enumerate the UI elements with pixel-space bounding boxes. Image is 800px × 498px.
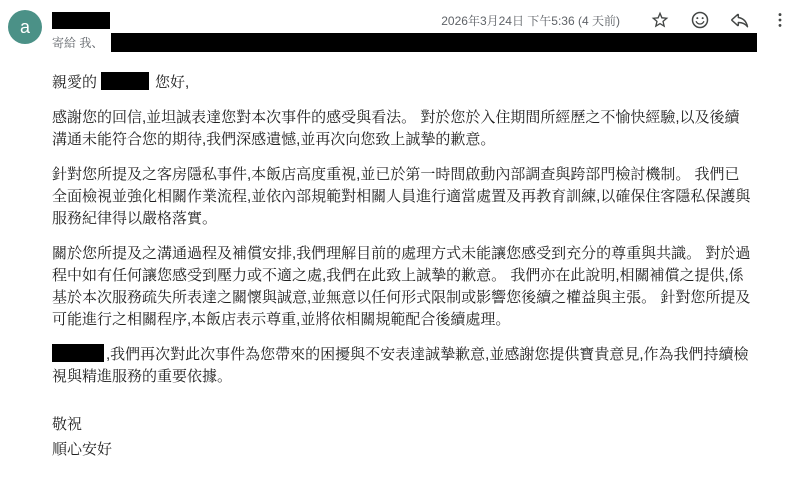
reply-arrow-icon (730, 10, 750, 30)
recipient-name-redaction (101, 72, 149, 90)
body-paragraph: 針對您所提及之客房隱私事件,本飯店高度重視,並已於第一時間啟動內部調查與跨部門檢… (52, 164, 754, 230)
email-view: { "header": { "avatar_letter": "a", "ava… (0, 0, 800, 498)
reply-button[interactable] (728, 8, 752, 32)
body-paragraph: 關於您所提及之溝通過程及補償安排,我們理解目前的處理方式未能讓您感受到充分的尊重… (52, 243, 754, 331)
body-paragraph: 感謝您的回信,並坦誠表達您對本次事件的感受與看法。 對於您於入住期間所經歷之不愉… (52, 107, 754, 151)
vertical-dots-icon (770, 10, 790, 30)
emoji-reaction-button[interactable] (688, 8, 712, 32)
signoff-line-2: 順心安好 (52, 437, 754, 462)
closing-paragraph: ,我們再次對此次事件為您帶來的困擾與不安表達誠摯歉意,並感謝您提供寶貴意見,作為… (52, 344, 754, 388)
header-rows: 2026年3月24日 下午5:36 (4 天前) (52, 10, 792, 52)
sender-avatar[interactable]: a (8, 10, 42, 44)
greeting-prefix: 親愛的 (52, 74, 97, 91)
greeting-line: 親愛的您好, (52, 72, 754, 94)
signoff-block: 敬祝 順心安好 (52, 412, 754, 462)
sender-name-redaction (52, 12, 110, 29)
signoff-line-1: 敬祝 (52, 412, 754, 437)
email-header: a 2026年3月24日 下午5:36 (4 天前) (0, 0, 800, 58)
header-row-sender: 2026年3月24日 下午5:36 (4 天前) (52, 10, 792, 30)
recipients-label[interactable]: 寄給 我、 (52, 34, 103, 51)
more-options-button[interactable] (768, 8, 792, 32)
greeting-suffix: 您好, (155, 74, 189, 91)
closing-text: ,我們再次對此次事件為您帶來的困擾與不安表達誠摯歉意,並感謝您提供寶貴意見,作為… (52, 346, 749, 385)
email-body: 親愛的您好, 感謝您的回信,並坦誠表達您對本次事件的感受與看法。 對於您於入住期… (52, 72, 754, 462)
email-date: 2026年3月24日 下午5:36 (4 天前) (441, 12, 620, 29)
star-button[interactable] (648, 8, 672, 32)
star-outline-icon (650, 10, 670, 30)
header-row-recipients: 寄給 我、 (52, 32, 792, 52)
recipients-redaction (111, 33, 757, 52)
smiley-reaction-icon (690, 10, 710, 30)
closing-name-redaction (52, 344, 104, 362)
sender-avatar-letter: a (20, 18, 30, 36)
